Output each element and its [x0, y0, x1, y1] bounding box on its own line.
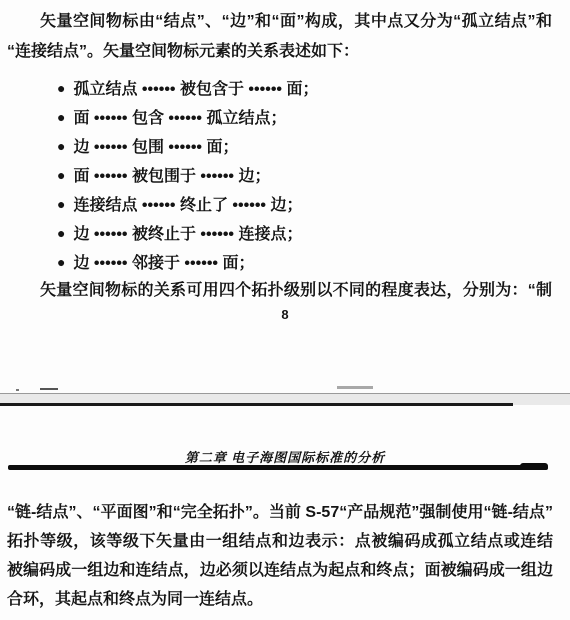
page-number: 8	[0, 307, 570, 322]
bullet-icon: ●	[57, 78, 65, 98]
paragraph-line: 矢量空间物标的关系可用四个拓扑级别以不同的程度表达，分别为：“制图线”、	[40, 281, 552, 301]
bullet-icon: ●	[57, 223, 65, 243]
paragraph-line: 被编码成一组边和连结点，边必须以连结点为起点和终点；面被编码成一组边的闭	[7, 561, 553, 581]
bullet-item: ●连接结点 •••••• 终止了 •••••• 边；	[57, 194, 302, 216]
bullet-text: 面 •••••• 包含 •••••• 孤立结点；	[73, 110, 286, 127]
bullet-item: ●边 •••••• 邻接于 •••••• 面；	[57, 252, 254, 274]
scan-artifact	[337, 386, 373, 389]
bullet-item: ●孤立结点 •••••• 被包含于 •••••• 面；	[57, 78, 318, 100]
bullet-text: 边 •••••• 包围 •••••• 面；	[73, 139, 238, 156]
paragraph-line: “链-结点”、“平面图”和“完全拓扑”。当前 S-57“产品规范”强制使用“链-…	[7, 503, 553, 523]
document-page: 矢量空间物标由“结点”、“边”和“面”构成，其中点又分为“孤立结点”和 “连接结…	[0, 0, 570, 620]
bullet-text: 孤立结点 •••••• 被包含于 •••••• 面；	[73, 81, 318, 98]
scan-page-break-line	[0, 403, 513, 406]
paragraph-line: “连接结点”。矢量空间物标元素的关系表述如下：	[7, 42, 359, 62]
bullet-item: ●面 •••••• 包含 •••••• 孤立结点；	[57, 107, 286, 129]
scan-artifact	[16, 389, 19, 391]
bullet-item: ●面 •••••• 被包围于 •••••• 边；	[57, 165, 270, 187]
paragraph-line: 合环，其起点和终点为同一连结点。	[7, 590, 263, 610]
bullet-item: ●边 •••••• 包围 •••••• 面；	[57, 136, 238, 158]
bullet-icon: ●	[57, 194, 65, 214]
chapter-header: 第二章 电子海图国际标准的分析	[0, 447, 570, 466]
scan-artifact	[40, 388, 58, 390]
bullet-icon: ●	[57, 165, 65, 185]
bullet-text: 连接结点 •••••• 终止了 •••••• 边；	[73, 197, 302, 214]
header-rule-end	[520, 463, 548, 469]
paragraph-line: 矢量空间物标由“结点”、“边”和“面”构成，其中点又分为“孤立结点”和	[40, 12, 552, 32]
bullet-text: 边 •••••• 邻接于 •••••• 面；	[73, 255, 254, 272]
bullet-text: 边 •••••• 被终止于 •••••• 连接点；	[73, 226, 302, 243]
paragraph-line: 拓扑等级，该等级下矢量由一组结点和边表示：点被编码成孤立结点或连结点；线	[7, 532, 553, 552]
header-rule	[8, 465, 548, 470]
bullet-text: 面 •••••• 被包围于 •••••• 边；	[73, 168, 270, 185]
bullet-item: ●边 •••••• 被终止于 •••••• 连接点；	[57, 223, 302, 245]
bullet-icon: ●	[57, 136, 65, 156]
bullet-icon: ●	[57, 107, 65, 127]
bullet-icon: ●	[57, 252, 65, 272]
